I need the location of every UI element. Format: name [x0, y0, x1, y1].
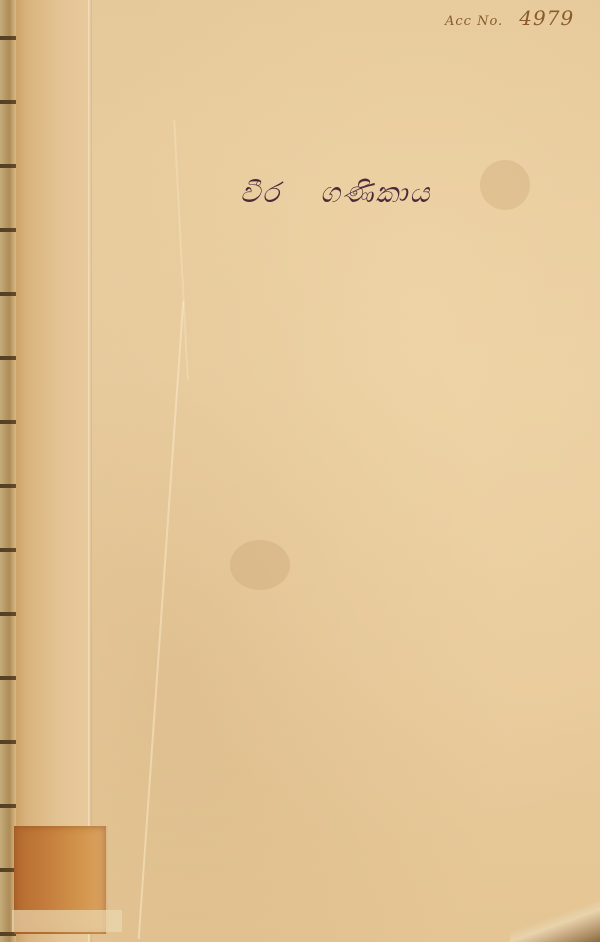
accession-number-note: Acc No. 4979 — [445, 6, 574, 30]
book-cover — [12, 0, 600, 942]
accession-number: 4979 — [519, 6, 574, 30]
paper-stain — [480, 160, 530, 210]
title-word-1: වීර — [240, 176, 281, 209]
binding-edge — [0, 0, 16, 942]
accession-label: Acc No. — [445, 14, 503, 29]
handwritten-title: වීර ගණිකාය — [240, 176, 432, 210]
title-word-2: ගණිකාය — [320, 176, 432, 209]
tape-strip — [12, 910, 122, 932]
paper-stain — [230, 540, 290, 590]
frayed-corner — [510, 902, 600, 942]
cover-spine-band — [12, 0, 90, 942]
cover-fold-line — [88, 0, 92, 942]
